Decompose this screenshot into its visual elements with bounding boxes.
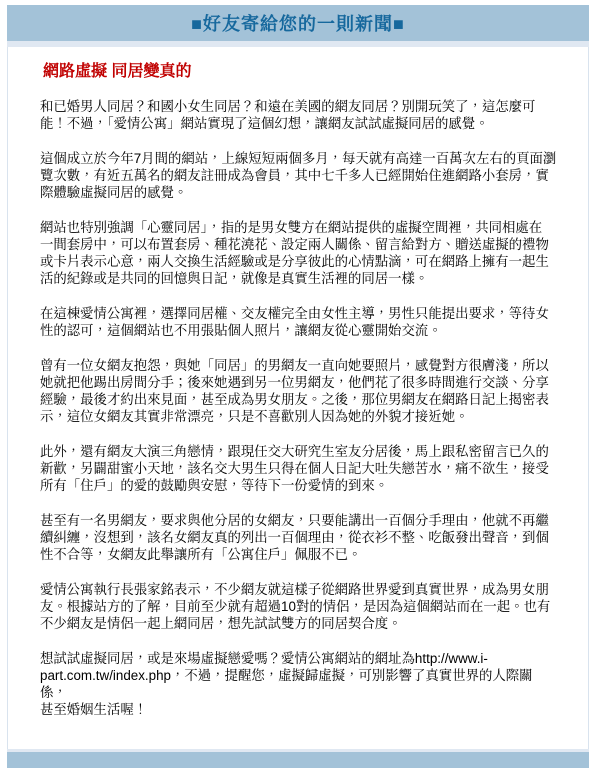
article-paragraph: 曾有一位女網友抱怨，與她「同居」的男網友一直向她要照片，感覺對方很膚淺，所以 她… (40, 357, 558, 425)
article-body: 和已婚男人同居？和國小女生同居？和遠在美國的網友同居？別開玩笑了，這怎麼可 能！… (40, 98, 558, 718)
page-frame: ■好友寄給您的一則新聞■ 網路虛擬 同居變真的 和已婚男人同居？和國小女生同居？… (7, 5, 589, 768)
header-title: ■好友寄給您的一則新聞■ (191, 10, 405, 36)
article-paragraph: 想試試虛擬同居，或是來場虛擬戀愛嗎？愛情公寓網站的網址為http://www.i… (40, 650, 558, 718)
article-paragraph: 在這棟愛情公寓裡，選擇同居權、交友權完全由女性主導，男性只能提出要求，等待女 性… (40, 305, 558, 339)
article-paragraph: 此外，還有網友大演三角戀情，跟現任交大研究生室友分居後，馬上跟私密留言已久的 新… (40, 443, 558, 494)
article-paragraph: 和已婚男人同居？和國小女生同居？和遠在美國的網友同居？別開玩笑了，這怎麼可 能！… (40, 98, 558, 132)
page: ■好友寄給您的一則新聞■ 網路虛擬 同居變真的 和已婚男人同居？和國小女生同居？… (0, 0, 596, 771)
article-paragraph: 甚至有一名男網友，要求與他分居的女網友，只要能講出一百個分手理由，他就不再繼 續… (40, 512, 558, 563)
article-title: 網路虛擬 同居變真的 (43, 62, 558, 82)
article-content: 網路虛擬 同居變真的 和已婚男人同居？和國小女生同居？和遠在美國的網友同居？別開… (7, 47, 589, 749)
article-paragraph: 愛情公寓執行長張家銘表示，不少網友就這樣子從網路世界愛到真實世界，成為男女朋 友… (40, 581, 558, 632)
footer-bar (7, 752, 589, 768)
article-paragraph: 網站也特別強調「心靈同居」，指的是男女雙方在網站提供的虛擬空間裡，共同相處在 一… (40, 219, 558, 287)
header-bar: ■好友寄給您的一則新聞■ (7, 5, 589, 41)
article-paragraph: 這個成立於今年7月間的網站，上線短短兩個多月，每天就有高達一百萬次左右的頁面瀏 … (40, 150, 558, 201)
